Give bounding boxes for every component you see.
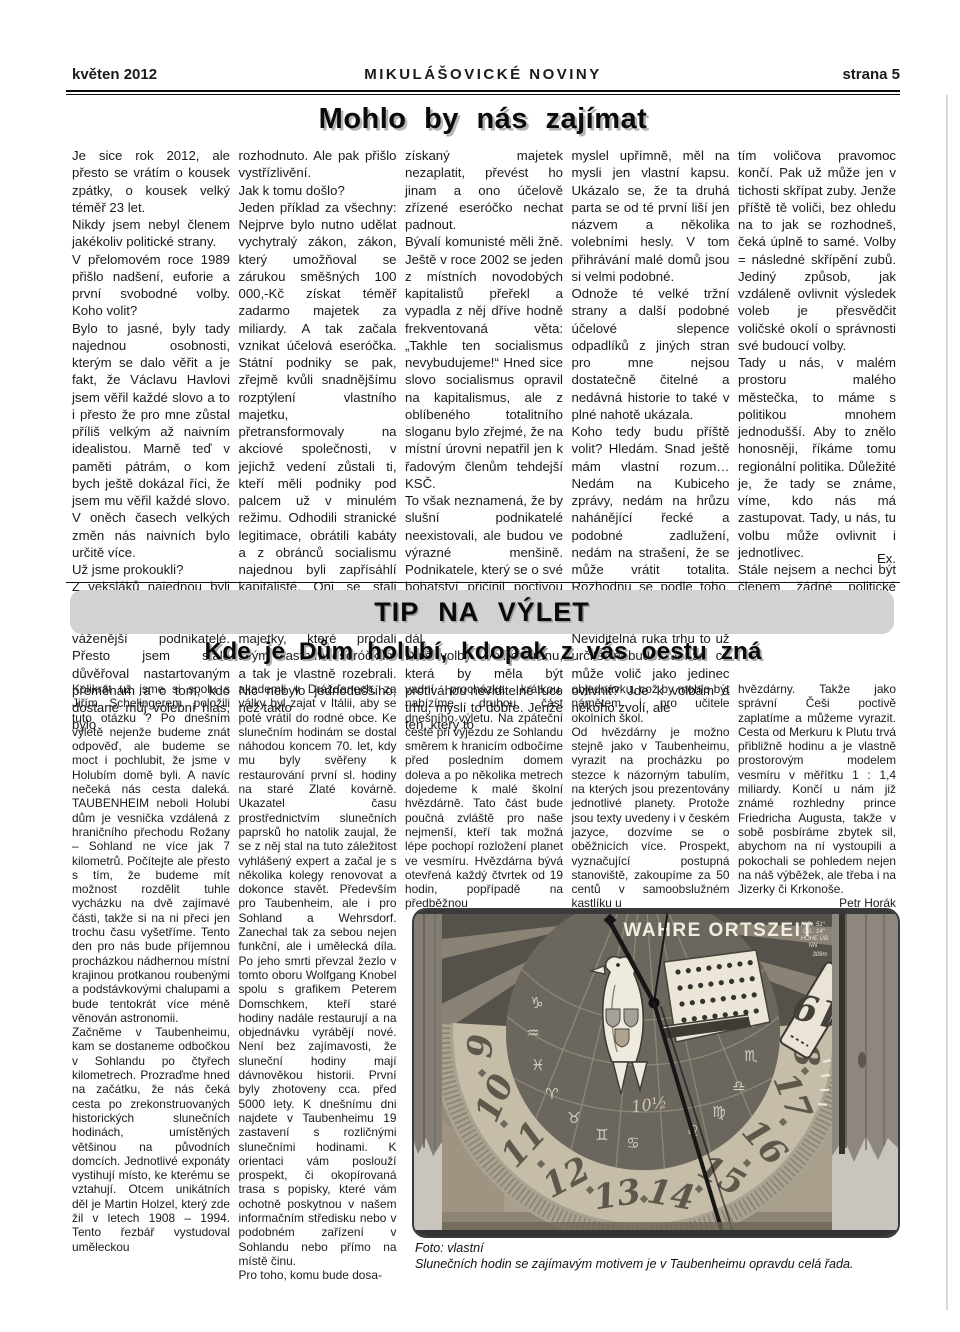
svg-text:HÖHE ÜB.: HÖHE ÜB. xyxy=(800,935,829,942)
photo-frame-bottom xyxy=(414,1230,898,1236)
article1-column-5: tím voličova pravomoc končí. Pak už může… xyxy=(738,147,896,579)
masthead-row: květen 2012 MIKULÁŠOVICKÉ NOVINY strana … xyxy=(66,66,900,86)
hour-9: 9 xyxy=(460,1033,502,1060)
masthead-rule xyxy=(66,90,900,95)
svg-text:NN: NN xyxy=(809,943,818,949)
svg-text:Ö.L. 14°: Ö.L. 14° xyxy=(803,928,826,935)
panel-bottom-shadow xyxy=(442,1222,832,1230)
svg-text:N.Br. 51°: N.Br. 51° xyxy=(801,922,826,928)
masthead-title: MIKULÁŠOVICKÉ NOVINY xyxy=(66,66,900,83)
hour-14: 14 xyxy=(644,1171,698,1219)
page-edge-line xyxy=(946,95,948,1310)
zodiac-taurus: ♉ xyxy=(567,1109,580,1127)
newspaper-page: květen 2012 MIKULÁŠOVICKÉ NOVINY strana … xyxy=(0,0,960,1332)
section-divider-rule xyxy=(66,582,900,583)
wood-siding-left xyxy=(414,910,442,1156)
svg-text:309m: 309m xyxy=(812,952,827,958)
page-number: strana 5 xyxy=(842,66,900,83)
zodiac-cancer: ♋ xyxy=(626,1134,639,1152)
photo-frame-top xyxy=(414,910,898,914)
article2-title: Kde je Dům holubí, kdopak z vás oestu zn… xyxy=(66,638,900,666)
article2-column-5-text: hvězdárny. Takže jako správní Češi pocti… xyxy=(738,682,896,896)
dove-eye xyxy=(616,963,620,967)
article2-column-2: akademii v Drážďanech, za války byl zaja… xyxy=(239,682,397,1257)
zodiac-virgo: ♍ xyxy=(712,1103,725,1121)
article1-title: Mohlo by nás zajímat xyxy=(66,103,900,136)
zodiac-pisces: ♓ xyxy=(531,1056,544,1074)
photo-caption: Foto: vlastní Slunečních hodin se zajíma… xyxy=(415,1241,895,1272)
article1-column-1: Je sice rok 2012, ale přesto se vrátím o… xyxy=(72,147,230,579)
hour-13: 13 xyxy=(591,1171,644,1218)
article2-column-1: Kolikrát už jsme si spolu s Jiřím Scheli… xyxy=(72,682,230,1257)
zodiac-scorpio: ♏ xyxy=(744,1047,758,1065)
article1-column-4: myslel upřímně, měl na mysli jen vlastní… xyxy=(572,147,730,579)
sundial-photo-graphic: ♑ ♒ ♓ ♈ ♉ ♊ ♋ ♌ ♍ ♎ ♏ ♐ 10½ 9 10 xyxy=(414,910,898,1236)
article1-columns: Je sice rok 2012, ale přesto se vrátím o… xyxy=(72,147,896,579)
sundial-title: WAHRE ORTSZEIT xyxy=(624,920,815,941)
article1-column-3: získaný majetek nezaplatit, převést ho j… xyxy=(405,147,563,579)
zodiac-gemini: ♊ xyxy=(595,1126,608,1144)
sundial-photo: ♑ ♒ ♓ ♈ ♉ ♊ ♋ ♌ ♍ ♎ ♏ ♐ 10½ 9 10 xyxy=(412,908,900,1238)
wood-siding-right xyxy=(832,910,898,1162)
zodiac-aquarius: ♒ xyxy=(526,1024,539,1042)
zodiac-libra: ♎ xyxy=(732,1077,745,1095)
article1-column-2: rozhodnuto. Ale pak přišlo vystřízlivění… xyxy=(239,147,397,579)
zodiac-aries: ♈ xyxy=(545,1085,558,1103)
zodiac-capricorn: ♑ xyxy=(530,994,543,1012)
tip-na-vylet-band: TIP NA VÝLET xyxy=(70,590,894,634)
article1-signature: Ex. xyxy=(738,551,896,566)
photo-caption-credit: Foto: vlastní xyxy=(415,1241,895,1257)
photo-caption-text: Slunečních hodin se zajímavým motivem je… xyxy=(415,1257,895,1273)
